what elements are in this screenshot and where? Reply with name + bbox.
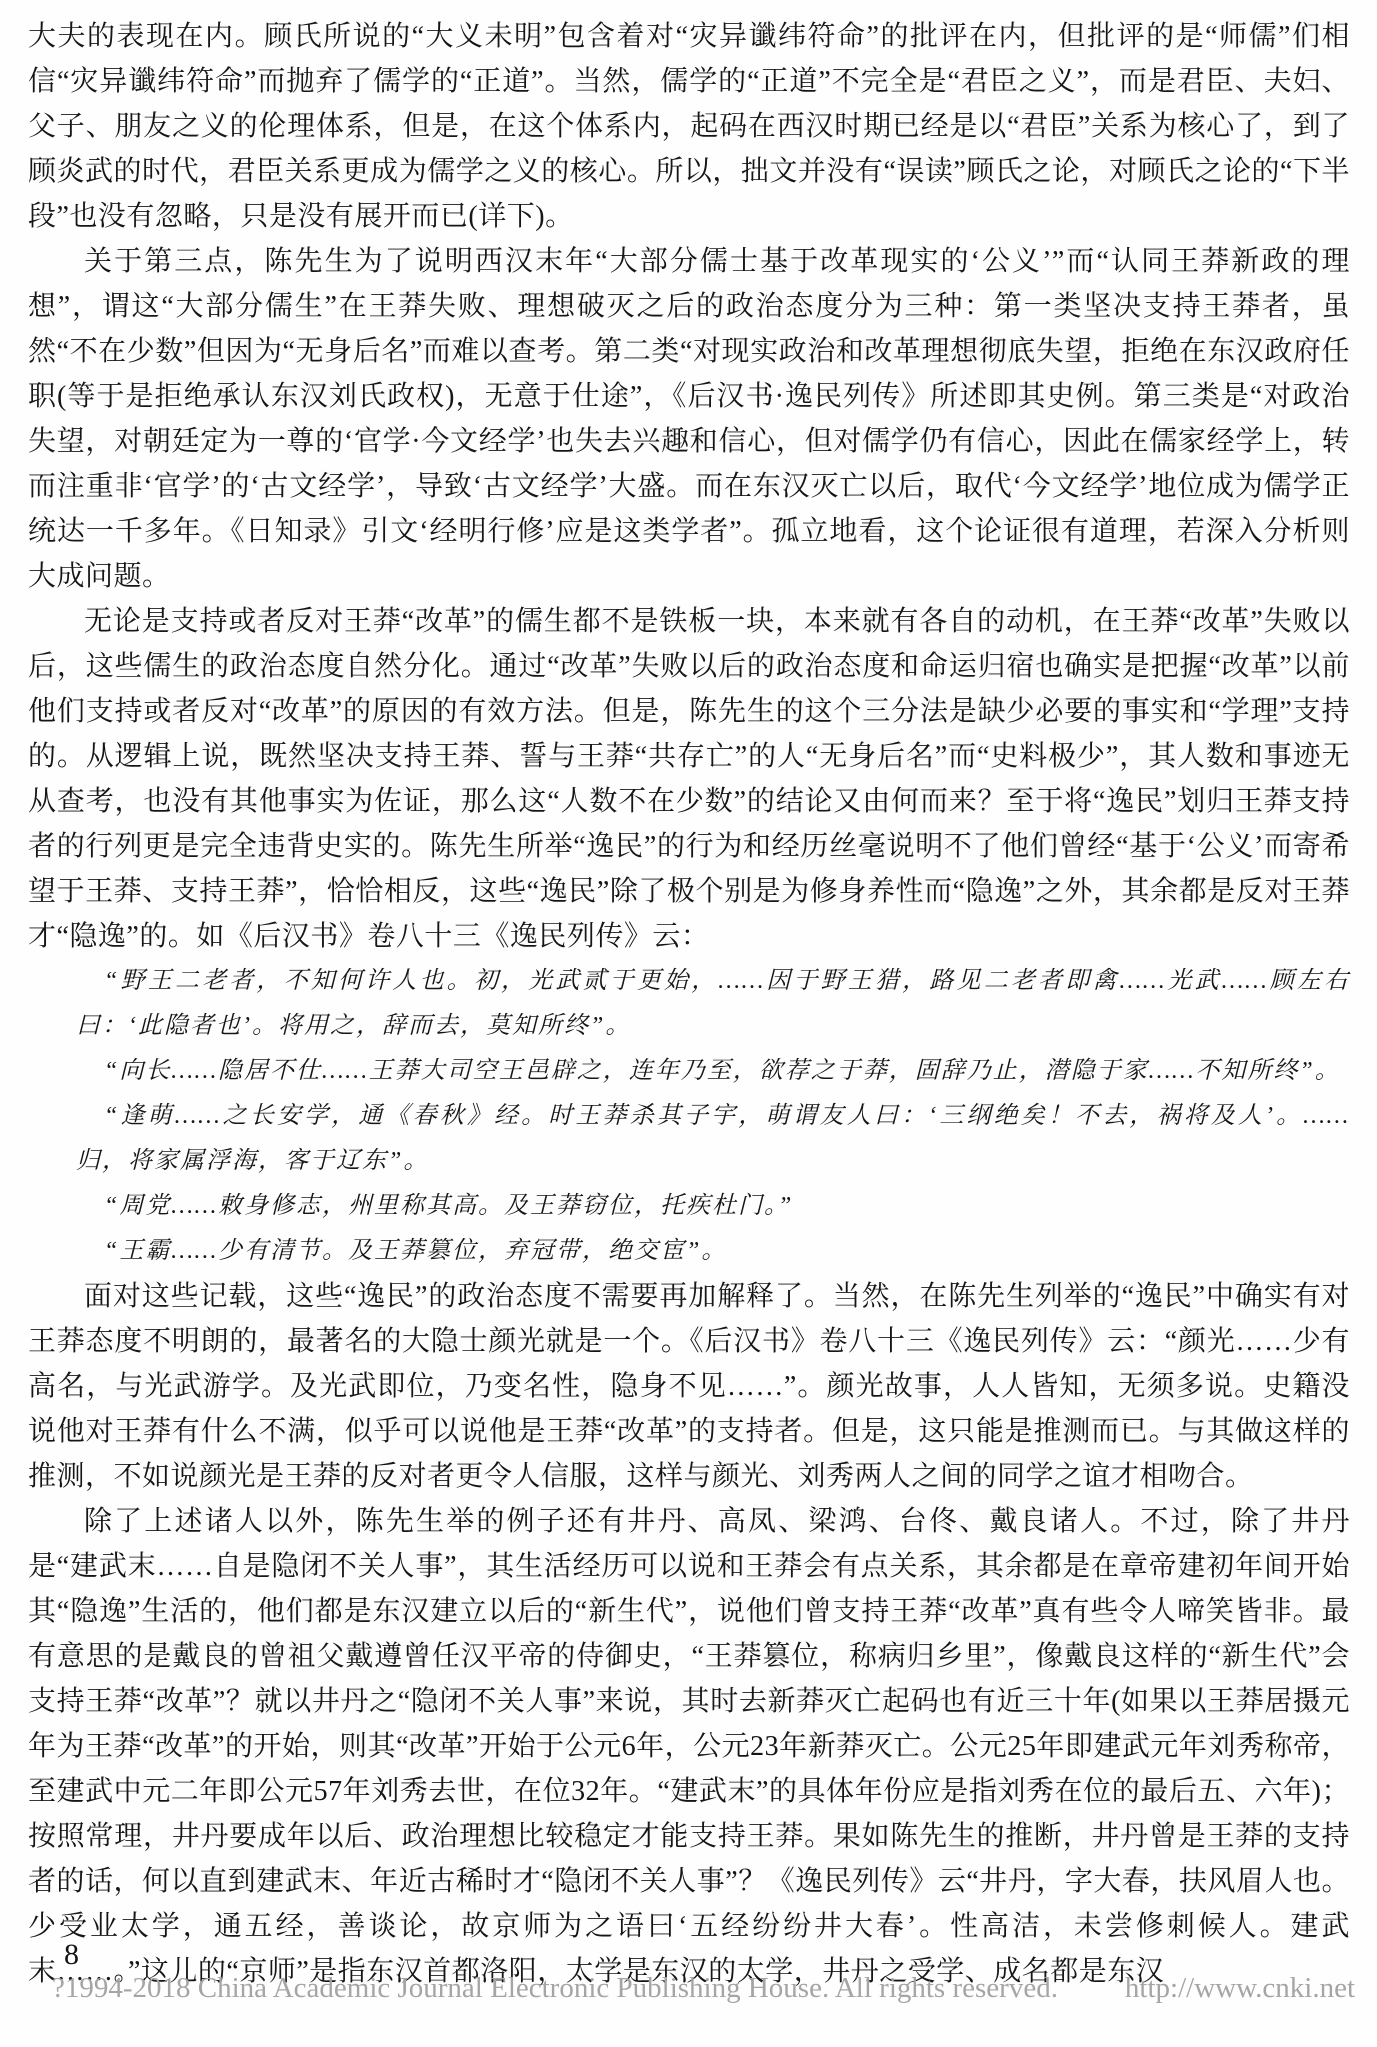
paragraph: 无论是支持或者反对王莽“改革”的儒生都不是铁板一块，本来就有各自的动机，在王莽“…	[28, 599, 1350, 959]
paragraph: 除了上述诸人以外，陈先生举的例子还有井丹、高凤、梁鸿、台佟、戴良诸人。不过，除了…	[28, 1499, 1350, 1994]
quote-block: “逢萌……之长安学，通《春秋》经。时王莽杀其子宇，萌谓友人曰：‘三纲绝矣！不去，…	[28, 1094, 1350, 1184]
article-body: 大夫的表现在内。顾氏所说的“大义未明”包含着对“灾异谶纬符命”的批评在内，但批评…	[28, 14, 1350, 1994]
paragraph: 大夫的表现在内。顾氏所说的“大义未明”包含着对“灾异谶纬符命”的批评在内，但批评…	[28, 14, 1350, 239]
paragraph: 关于第三点，陈先生为了说明西汉末年“大部分儒士基于改革现实的‘公义’”而“认同王…	[28, 239, 1350, 599]
footer: ?1994-2018 China Academic Journal Electr…	[52, 1972, 1355, 2005]
copyright-notice: ?1994-2018 China Academic Journal Electr…	[52, 1972, 1058, 2005]
quote-block: “王霸……少有清节。及王莽篡位，弃冠带，绝交宦”。	[28, 1229, 1350, 1274]
page-number: 8	[64, 1938, 79, 1972]
quote-block: “向长……隐居不仕……王莽大司空王邑辟之，连年乃至，欲荐之于莽，固辞乃止，潜隐于…	[28, 1049, 1350, 1094]
paragraph: 面对这些记载，这些“逸民”的政治态度不需要再加解释了。当然，在陈先生列举的“逸民…	[28, 1274, 1350, 1499]
site-url: http://www.cnki.net	[1125, 1972, 1355, 2005]
journal-page: 大夫的表现在内。顾氏所说的“大义未明”包含着对“灾异谶纬符命”的批评在内，但批评…	[0, 0, 1377, 2047]
quote-block: “野王二老者，不知何许人也。初，光武贰于更始，……因于野王猎，路见二老者即禽………	[28, 959, 1350, 1049]
quote-block: “周党……敕身修志，州里称其高。及王莽窃位，托疾杜门。”	[28, 1184, 1350, 1229]
